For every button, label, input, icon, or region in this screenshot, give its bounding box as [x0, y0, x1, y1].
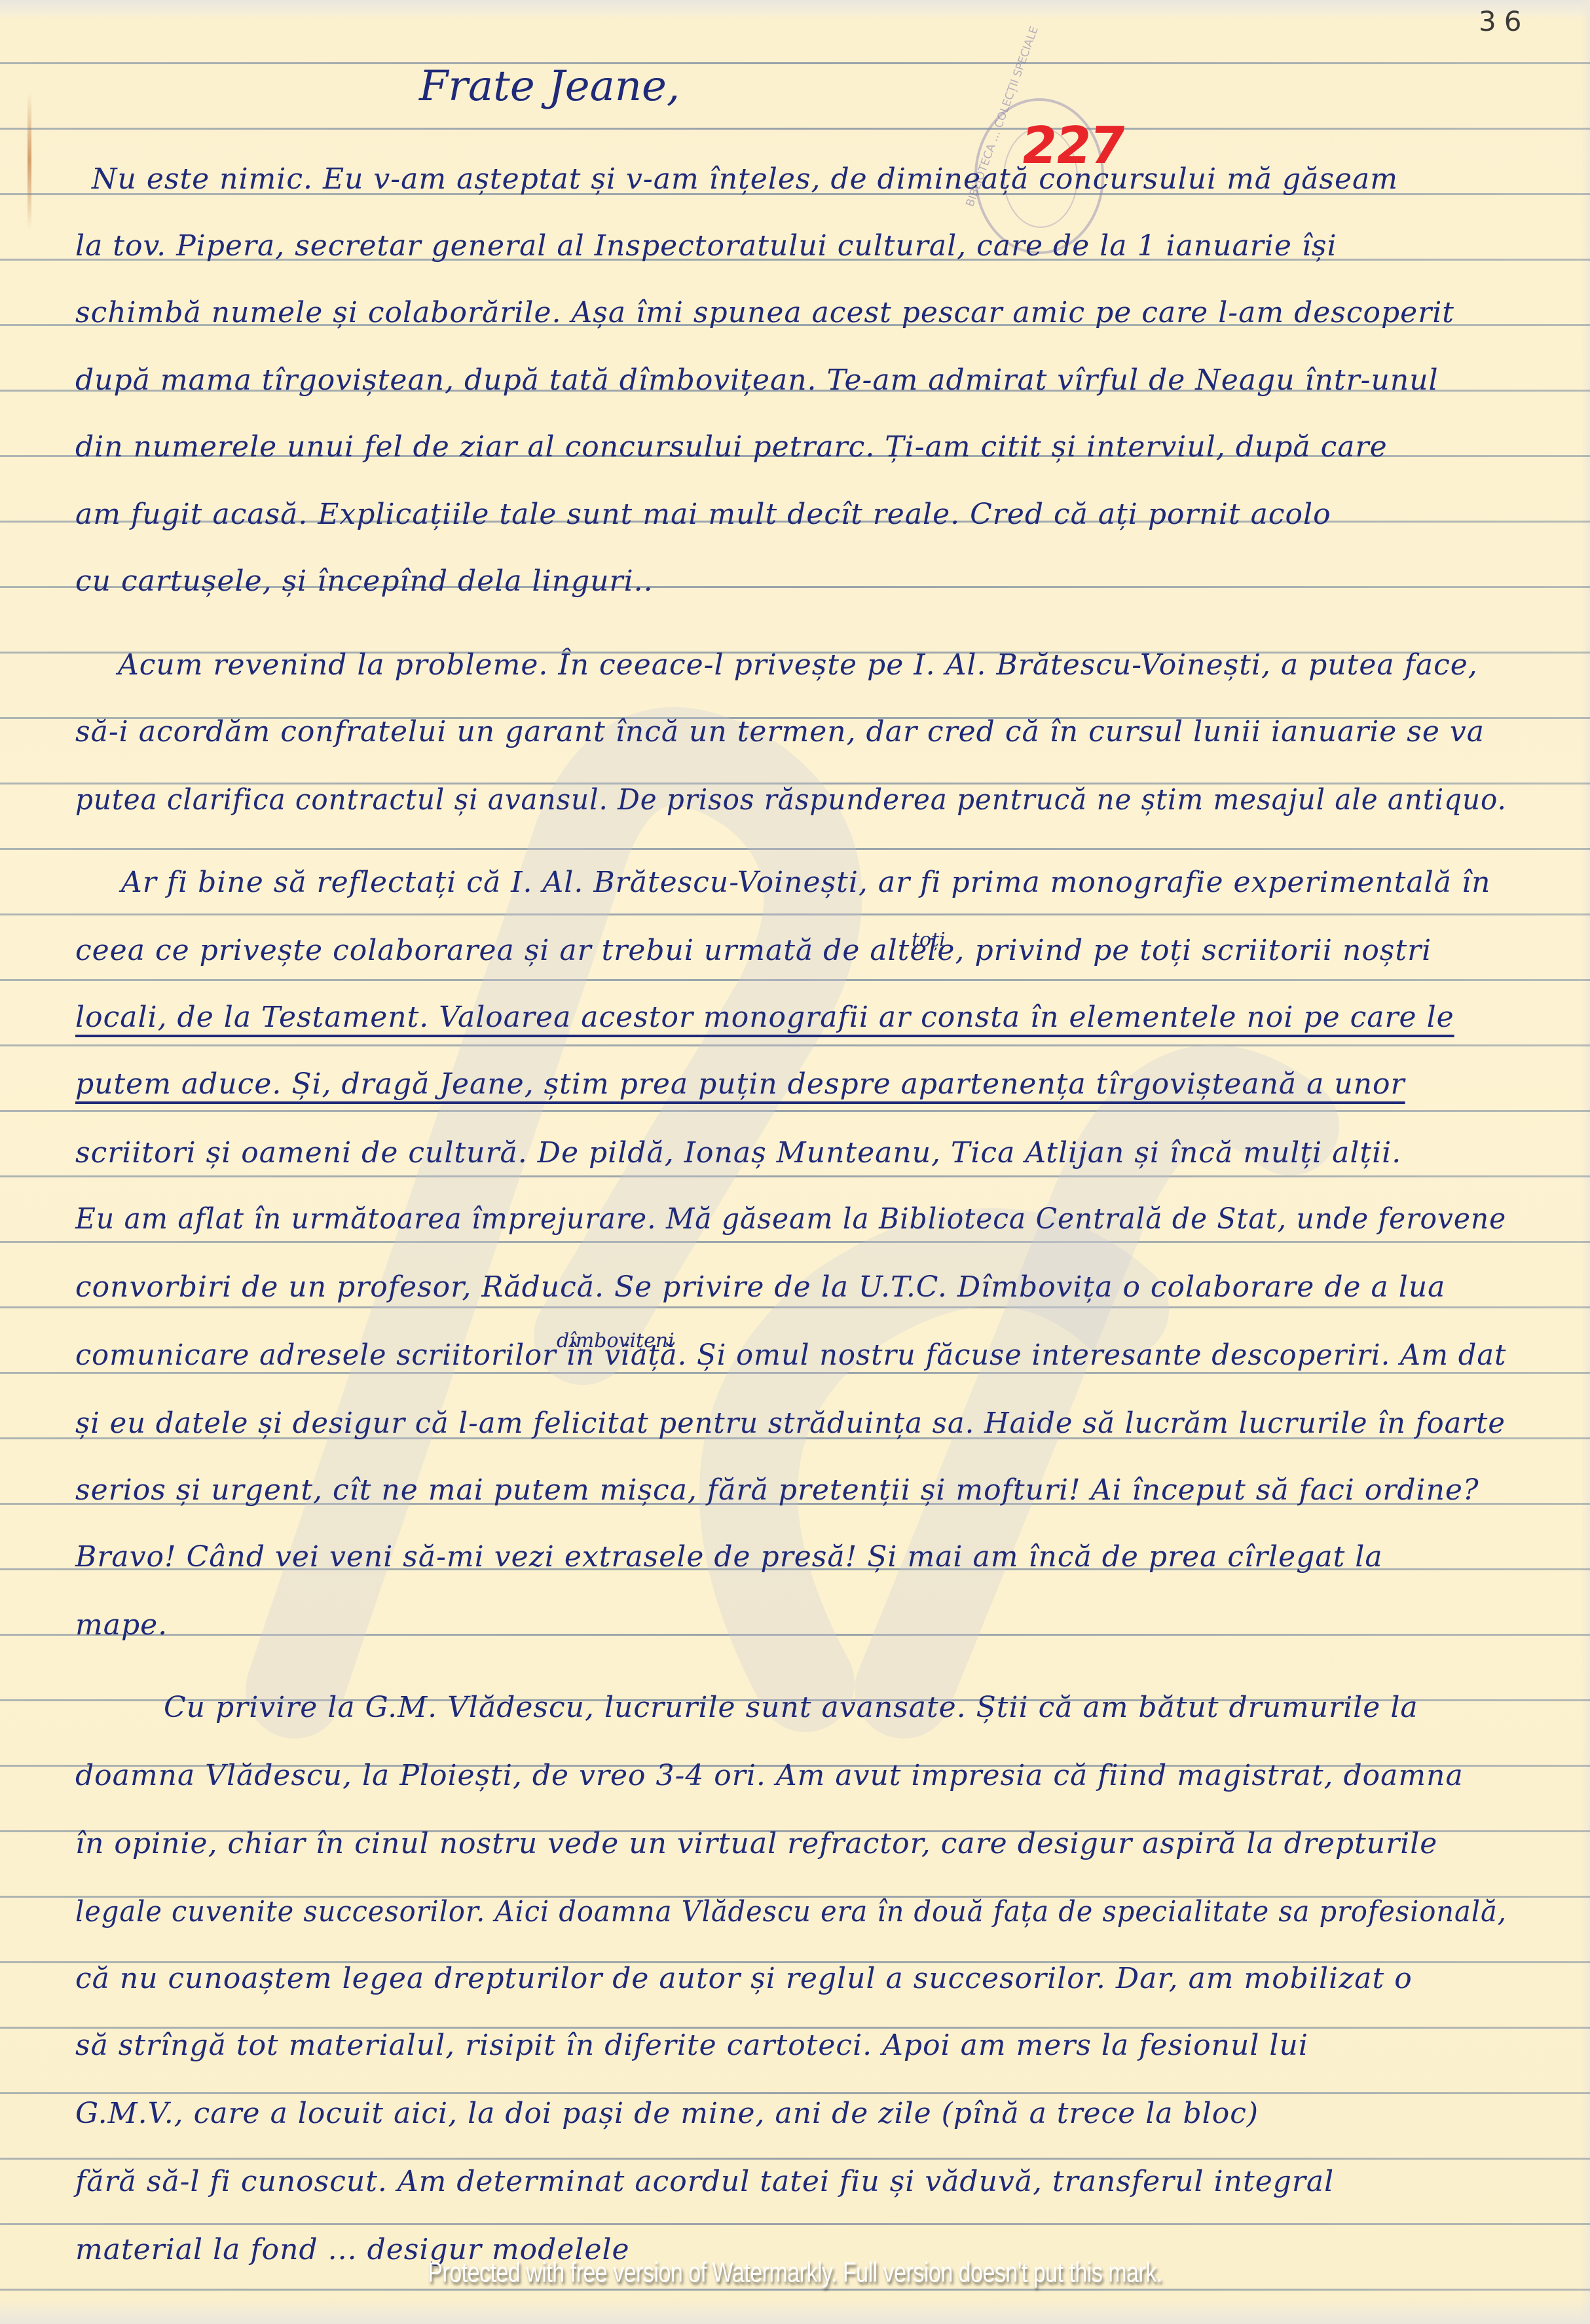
ruled-line [0, 913, 1590, 915]
letter-line: din numerele unui fel de ziar al concurs… [75, 430, 1388, 464]
letter-line: scriitori și oameni de cultură. De pildă… [75, 1136, 1401, 1170]
ruled-line [0, 1241, 1590, 1243]
letter-line: să strîngă tot materialul, risipit în di… [75, 2029, 1308, 2062]
ruled-line [0, 62, 1590, 64]
ruled-line [0, 2092, 1590, 2094]
ruled-line [0, 848, 1590, 850]
rust-stain [28, 92, 31, 229]
letter-line: după mama tîrgoviștean, după tată dîmbov… [75, 363, 1439, 397]
letter-line: ceea ce privește colaborarea și ar trebu… [75, 934, 1432, 967]
ruled-line [0, 1372, 1590, 1374]
letter-line: am fugit acasă. Explicațiile tale sunt m… [75, 498, 1331, 531]
letter-line: fără să-l fi cunoscut. Am determinat aco… [75, 2165, 1334, 2198]
letter-line: schimbă numele și colaborările. Așa îmi … [75, 296, 1454, 329]
letter-line: comunicare adresele scriitorilor în viaț… [75, 1338, 1506, 1372]
letter-line: în opinie, chiar în cinul nostru vede un… [75, 1827, 1437, 1860]
letter-line: să-i acordăm confratelui un garant încă … [75, 715, 1485, 748]
letter-line: că nu cunoaștem legea drepturilor de aut… [75, 1962, 1413, 1995]
letter-line: mape. [75, 1608, 168, 1642]
letter-line: putem aduce. Și, dragă Jeane, știm prea … [75, 1067, 1405, 1101]
ruled-line [0, 1044, 1590, 1046]
letter-line: convorbiri de un profesor, Răducă. Se pr… [75, 1270, 1445, 1304]
letter-line: și eu datele și desigur că l-am felicita… [75, 1407, 1506, 1440]
letter-page: 36 BIBLIOTECA ... COLECȚII SPECIALE 227 … [0, 0, 1590, 2324]
letter-line: Ar fi bine să reflectați că I. Al. Brăte… [121, 866, 1490, 899]
line-insertion: toți [912, 929, 946, 951]
ruled-line [0, 1110, 1590, 1112]
watermark-footer-text: Protected with free version of Watermark… [0, 2257, 1590, 2289]
page-number: 36 [1479, 5, 1529, 37]
letter-line: G.M.V., care a locuit aici, la doi pași … [75, 2097, 1259, 2130]
letter-line: Eu am aflat în următoarea împrejurare. M… [75, 1202, 1506, 1236]
paper-top-edge [0, 0, 1590, 18]
letter-line: legale cuvenite succesorilor. Aici doamn… [75, 1895, 1507, 1928]
letter-line: putea clarifica contractul și avansul. D… [75, 783, 1507, 817]
line-insertion: dîmbovițeni [557, 1329, 675, 1352]
letter-line: serios și urgent, cît ne mai putem mișca… [75, 1473, 1479, 1507]
letter-line: doamna Vlădescu, la Ploiești, de vreo 3-… [75, 1759, 1464, 1792]
paper-right-edge [1581, 0, 1590, 2324]
letter-line: locali, de la Testament. Valoarea acesto… [75, 1001, 1454, 1034]
ruled-line [0, 1306, 1590, 1308]
letter-line: Cu privire la G.M. Vlădescu, lucrurile s… [164, 1691, 1418, 1724]
ruled-line [0, 979, 1590, 981]
letter-line: la tov. Pipera, secretar general al Insp… [75, 229, 1337, 263]
ruled-line [0, 1634, 1590, 1636]
ruled-line [0, 2223, 1590, 2225]
letter-salutation: Frate Jeane, [419, 62, 680, 111]
letter-line: Nu este nimic. Eu v-am așteptat și v-am … [92, 162, 1398, 196]
ruled-line [0, 2158, 1590, 2160]
paper-bottom-edge [0, 2298, 1590, 2324]
ruled-line [0, 128, 1590, 130]
letter-line: Acum revenind la probleme. În ceeace-l p… [118, 648, 1478, 682]
ruled-line [0, 1175, 1590, 1177]
letter-line: cu cartușele, și începînd dela linguri.. [75, 564, 654, 598]
letter-line: Bravo! Când vei veni să-mi vezi extrasel… [75, 1540, 1383, 1574]
